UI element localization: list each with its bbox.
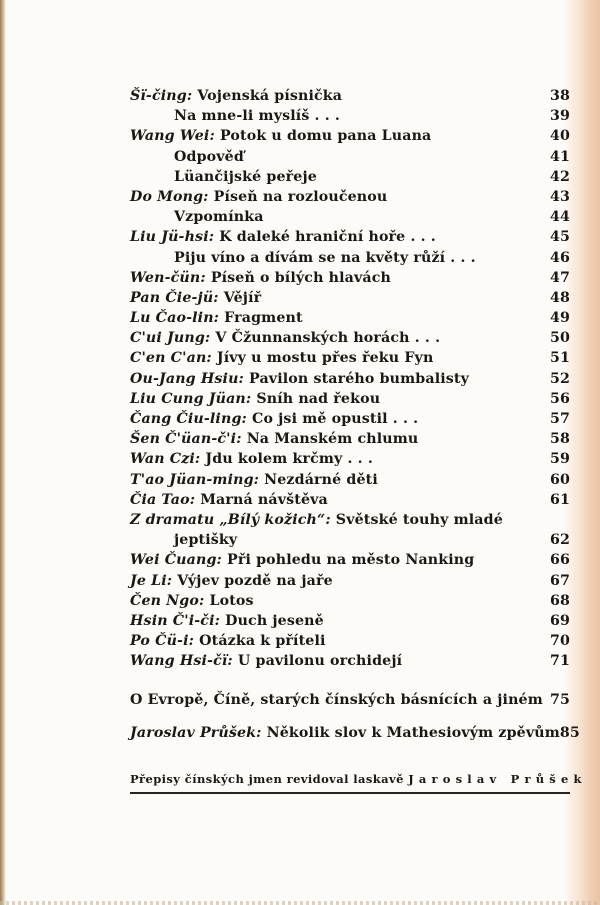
horizontal-rule <box>130 792 570 794</box>
toc-title: Sníh nad řekou <box>256 391 380 407</box>
toc-title: Potok u domu pana Luana <box>220 128 431 144</box>
credit-name: Jaroslav Průšek <box>408 772 586 786</box>
toc-entry: Na mne-li myslíš . . .39 <box>130 106 570 126</box>
toc-author: Čen Ngo: <box>130 593 204 609</box>
toc-page-number: 62 <box>540 530 570 550</box>
toc-page-number: 51 <box>540 348 570 368</box>
toc-page-number: 70 <box>540 631 570 651</box>
toc-page-number: 75 <box>543 690 570 710</box>
toc-entry: T'ao Jüan-ming: Nezdárné děti60 <box>130 470 570 490</box>
toc-title-line1: Světské touhy mladé <box>336 512 503 528</box>
toc-author: Je Li: <box>130 573 172 589</box>
toc-entry: Wang Hsi-čï: U pavilonu orchidejí71 <box>130 651 570 671</box>
toc-title: U pavilonu orchidejí <box>238 653 402 669</box>
toc-entry: Liu Jü-hsi: K daleké hraniční hoře . . .… <box>130 227 570 247</box>
toc-page-number: 48 <box>540 288 570 308</box>
toc-page-number: 47 <box>540 268 570 288</box>
toc-entry: Vzpomínka44 <box>130 207 570 227</box>
toc-title: Jívy u mostu přes řeku Fyn <box>217 350 434 366</box>
toc-author: Z dramatu „Bílý kožich“: <box>130 512 331 528</box>
toc-title: V Čžunnanských horách . . . <box>215 330 440 346</box>
toc-author: C'en C'an: <box>130 350 212 366</box>
toc-author: Šen Č'üan-č'i: <box>130 431 242 447</box>
toc-author: Wang Wei: <box>130 128 215 144</box>
toc-author: Liu Jü-hsi: <box>130 229 214 245</box>
page-gutter-shadow <box>0 0 6 905</box>
toc-author: C'ui Jung: <box>130 330 210 346</box>
toc-title: Několik slov k Mathesiovým zpěvům <box>267 725 560 741</box>
toc-author: Jaroslav Průšek: <box>130 725 262 741</box>
toc-entry: Šen Č'üan-č'i: Na Manském chlumu58 <box>130 429 570 449</box>
toc-author: Lu Čao-lin: <box>130 310 219 326</box>
toc-entry: Lu Čao-lin: Fragment49 <box>130 308 570 328</box>
toc-page-number: 46 <box>540 248 570 268</box>
toc-title: Vějíř <box>224 290 261 306</box>
toc-author: Čang Čiu-ling: <box>130 411 247 427</box>
toc-page-number: 56 <box>540 389 570 409</box>
toc-page-number: 45 <box>540 227 570 247</box>
toc-page-number: 66 <box>540 550 570 570</box>
spacer <box>130 671 570 690</box>
toc-title: Píseň o bílých hlavách <box>211 270 391 286</box>
toc-author: Po Čü-i: <box>130 633 194 649</box>
toc-page-number: 52 <box>540 369 570 389</box>
toc-author: Wen-čün: <box>130 270 206 286</box>
credit-text: Přepisy čínských jmen revidoval laskavě <box>130 772 404 786</box>
toc-page-number: 68 <box>540 591 570 611</box>
toc-author: Wei Čuang: <box>130 552 222 568</box>
toc-title: Pavilon starého bumbalisty <box>249 371 469 387</box>
toc-entry: Piju víno a dívám se na květy růží . . .… <box>130 248 570 268</box>
toc-page-number: 41 <box>540 147 570 167</box>
toc-entry: Čia Tao: Marná návštěva61 <box>130 490 570 510</box>
toc-page-number: 42 <box>540 167 570 187</box>
toc-title: Nezdárné děti <box>264 472 378 488</box>
toc-entry: C'ui Jung: V Čžunnanských horách . . .50 <box>130 328 570 348</box>
toc-entry: Wang Wei: Potok u domu pana Luana40 <box>130 126 570 146</box>
toc-author: Do Mong: <box>130 189 209 205</box>
toc-page-number: 49 <box>540 308 570 328</box>
toc-entry: Ou-Jang Hsiu: Pavilon starého bumbalisty… <box>130 369 570 389</box>
toc-entry: Pan Čie-jü: Vějíř48 <box>130 288 570 308</box>
toc-entry: Je Li: Výjev pozdě na jaře67 <box>130 571 570 591</box>
toc-title: Otázka k příteli <box>199 633 325 649</box>
toc-entry-essay: O Evropě, Číně, starých čínských básnící… <box>130 690 570 710</box>
toc-entry: Čang Čiu-ling: Co jsi mě opustil . . .57 <box>130 409 570 429</box>
toc-page-number: 39 <box>540 106 570 126</box>
toc-page-number: 40 <box>540 126 570 146</box>
toc-entry: Čen Ngo: Lotos68 <box>130 591 570 611</box>
toc-title: Odpověď <box>130 147 540 167</box>
toc-author: Liu Cung Jüan: <box>130 391 251 407</box>
toc-title: Piju víno a dívám se na květy růží . . . <box>130 248 540 268</box>
toc-title: Výjev pozdě na jaře <box>177 573 332 589</box>
toc-entry: Odpověď41 <box>130 147 570 167</box>
toc-entry: Do Mong: Píseň na rozloučenou43 <box>130 187 570 207</box>
toc-title: Co jsi mě opustil . . . <box>252 411 418 427</box>
toc-title-line2: jeptišky <box>130 530 237 550</box>
toc-page-number: 69 <box>540 611 570 631</box>
toc-page-number: 57 <box>540 409 570 429</box>
toc-entry: Šï-čing: Vojenská písnička38 <box>130 86 570 106</box>
toc-author: Pan Čie-jü: <box>130 290 219 306</box>
toc-author: Šï-čing: <box>130 88 192 104</box>
toc-entry: Lüančijské peřeje42 <box>130 167 570 187</box>
toc-title: K daleké hraniční hoře . . . <box>219 229 436 245</box>
toc-title: Lotos <box>209 593 253 609</box>
toc-entry-afterword: Jaroslav Průšek: Několik slov k Mathesio… <box>130 723 570 743</box>
toc-author: Hsin Č'i-či: <box>130 613 220 629</box>
toc-title: Jdu kolem krčmy . . . <box>205 451 373 467</box>
toc-entry: Po Čü-i: Otázka k příteli70 <box>130 631 570 651</box>
toc-entry: Wei Čuang: Při pohledu na město Nanking6… <box>130 550 570 570</box>
toc-entry: Hsin Č'i-či: Duch jeseně69 <box>130 611 570 631</box>
toc-title: Píseň na rozloučenou <box>214 189 388 205</box>
toc-page-number: 38 <box>540 86 570 106</box>
toc-page-number: 58 <box>540 429 570 449</box>
toc-page-number: 67 <box>540 571 570 591</box>
table-of-contents: Šï-čing: Vojenská písnička38 Na mne-li m… <box>130 86 570 794</box>
toc-entry: C'en C'an: Jívy u mostu přes řeku Fyn51 <box>130 348 570 368</box>
toc-page-number: 50 <box>540 328 570 348</box>
toc-title: Marná návštěva <box>200 492 328 508</box>
toc-author: Čia Tao: <box>130 492 195 508</box>
toc-entry: Wan Czi: Jdu kolem krčmy . . .59 <box>130 449 570 469</box>
toc-title: Vojenská písnička <box>197 88 342 104</box>
spacer <box>130 711 570 723</box>
toc-entry-wrapped: Z dramatu „Bílý kožich“: Světské touhy m… <box>130 510 570 550</box>
toc-title: Fragment <box>224 310 303 326</box>
toc-entry: Liu Cung Jüan: Sníh nad řekou56 <box>130 389 570 409</box>
toc-title: Při pohledu na město Nanking <box>227 552 474 568</box>
toc-page-number: 59 <box>540 449 570 469</box>
toc-page-number: 60 <box>540 470 570 490</box>
toc-title: Duch jeseně <box>225 613 324 629</box>
toc-author: T'ao Jüan-ming: <box>130 472 259 488</box>
toc-page-number: 44 <box>540 207 570 227</box>
toc-page-number: 61 <box>540 490 570 510</box>
toc-title: O Evropě, Číně, starých čínských básnící… <box>130 690 543 710</box>
toc-page-number: 43 <box>540 187 570 207</box>
spacer <box>130 743 570 771</box>
toc-title: Na Manském chlumu <box>247 431 419 447</box>
toc-page-number: 71 <box>540 651 570 671</box>
toc-title: Vzpomínka <box>130 207 540 227</box>
toc-author: Ou-Jang Hsiu: <box>130 371 244 387</box>
toc-title: Na mne-li myslíš . . . <box>130 106 540 126</box>
toc-entry: Wen-čün: Píseň o bílých hlavách47 <box>130 268 570 288</box>
page-bottom-edge <box>0 901 600 905</box>
toc-page-number: 85 <box>560 723 580 743</box>
transcription-credit: Přepisy čínských jmen revidoval laskavě … <box>130 771 570 787</box>
toc-author: Wang Hsi-čï: <box>130 653 233 669</box>
toc-title: Lüančijské peřeje <box>130 167 540 187</box>
toc-author: Wan Czi: <box>130 451 200 467</box>
